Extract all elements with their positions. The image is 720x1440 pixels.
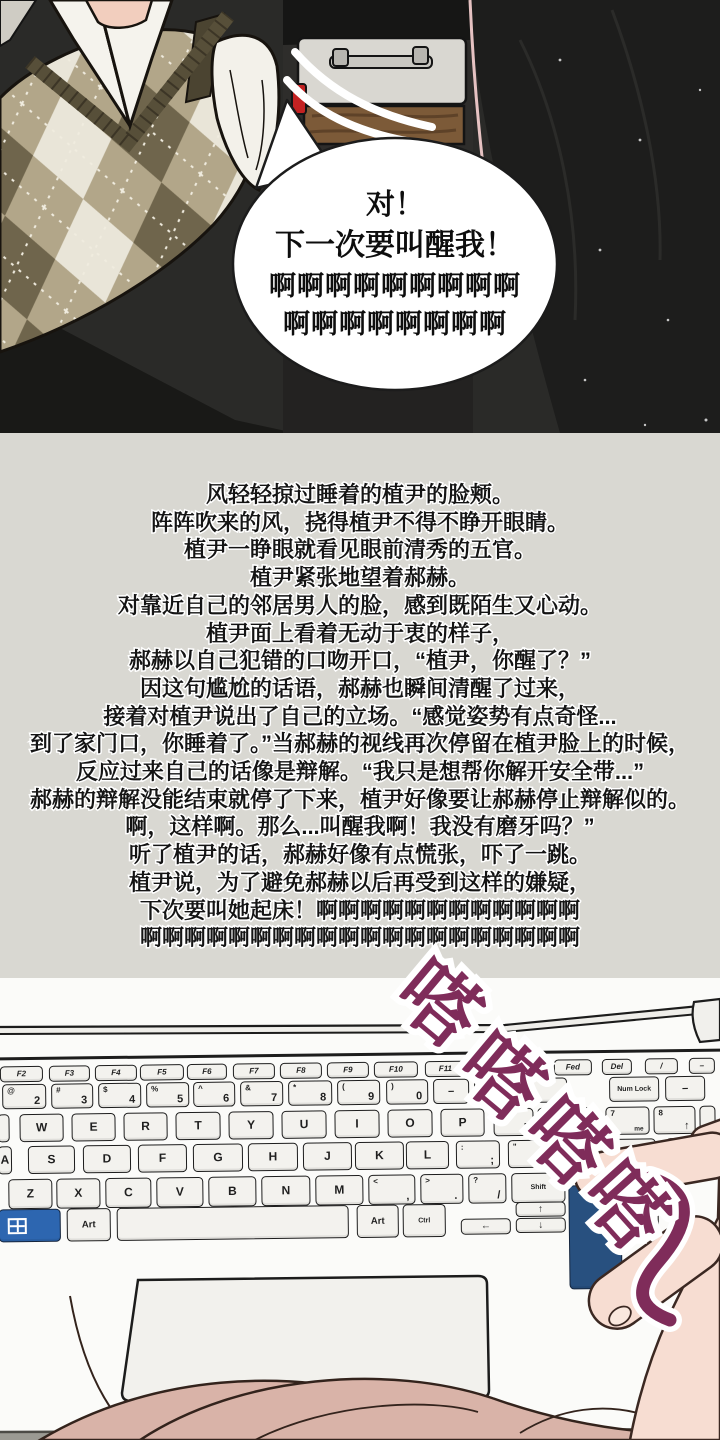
narration-line: 啊啊啊啊啊啊啊啊啊啊啊啊啊啊啊啊啊啊啊啊 <box>0 924 720 952</box>
narration-line: 植尹面上看着无动于衷的样子， <box>0 620 720 648</box>
narration-line: 反应过来自己的话像是辩解。“我只是想帮你解开安全带...” <box>0 758 720 786</box>
narration-line: 啊，这样啊。那么...叫醒我啊！我没有磨牙吗？” <box>0 813 720 841</box>
narration-line: 到了家门口，你睡着了。”当郝赫的视线再次停留在植尹脸上的时候， <box>0 730 720 758</box>
narration-line: 接着对植尹说出了自己的立场。“感觉姿势有点奇怪... <box>0 703 720 731</box>
laptop-illustration: F2F3F4F5F6F7F8F9F10F11FedDel/–@2#3$4%5^6… <box>0 978 720 1440</box>
narration-line: 阵阵吹来的风，挠得植尹不得不睁开眼睛。 <box>0 509 720 537</box>
bubble-line: 对！ <box>366 185 424 225</box>
bubble-line: 下一次要叫醒我！ <box>275 225 515 267</box>
narration-line: 植尹一睁眼就看见眼前清秀的五官。 <box>0 536 720 564</box>
car-door-handle-panel <box>298 38 466 104</box>
narration-block: 风轻轻掠过睡着的植尹的脸颊。 阵阵吹来的风，挠得植尹不得不睁开眼睛。 植尹一睁眼… <box>0 433 720 978</box>
narration-line: 植尹说，为了避免郝赫以后再受到这样的嫌疑， <box>0 869 720 897</box>
narration-line: 郝赫的辩解没能结束就停了下来，植尹好像要让郝赫停止辩解似的。 <box>0 786 720 814</box>
bubble-line: 啊啊啊啊啊啊啊啊 <box>283 305 507 343</box>
narration-line: 听了植尹的话，郝赫好像有点慌张，吓了一跳。 <box>0 841 720 869</box>
speech-bubble-text: 对！ 下一次要叫醒我！ 啊啊啊啊啊啊啊啊啊 啊啊啊啊啊啊啊啊 <box>233 140 557 388</box>
narration-line: 植尹紧张地望着郝赫。 <box>0 564 720 592</box>
narration-line: 对靠近自己的邻居男人的脸，感到既陌生又心动。 <box>0 592 720 620</box>
webtoon-page: 对！ 下一次要叫醒我！ 啊啊啊啊啊啊啊啊啊 啊啊啊啊啊啊啊啊 风轻轻掠过睡着的植… <box>0 0 720 1440</box>
narration-line: 郝赫以自己犯错的口吻开口，“植尹，你醒了？” <box>0 647 720 675</box>
narration-line: 因这句尴尬的话语，郝赫也瞬间清醒了过来， <box>0 675 720 703</box>
narration-line: 风轻轻掠过睡着的植尹的脸颊。 <box>0 481 720 509</box>
narration-line: 下次要叫她起床！啊啊啊啊啊啊啊啊啊啊啊啊 <box>0 897 720 925</box>
bubble-line: 啊啊啊啊啊啊啊啊啊 <box>269 267 521 305</box>
comic-panel-car-scene: 对！ 下一次要叫醒我！ 啊啊啊啊啊啊啊啊啊 啊啊啊啊啊啊啊啊 <box>0 0 720 433</box>
